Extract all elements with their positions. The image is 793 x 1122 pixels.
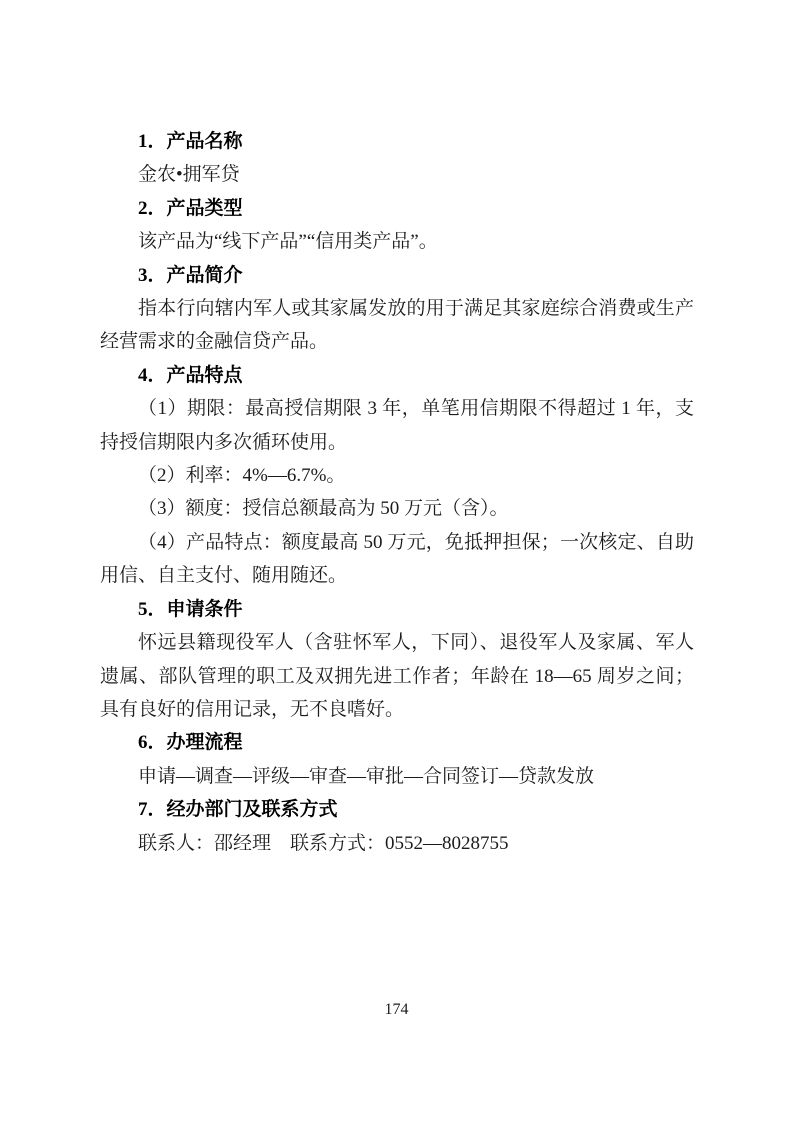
section-heading: 7．经办部门及联系方式 <box>100 793 694 826</box>
section-heading: 6．办理流程 <box>100 726 694 759</box>
section-title: 办理流程 <box>167 732 243 753</box>
document-page: 1．产品名称 金农•拥军贷 2．产品类型 该产品为“线下产品”“信用类产品”。 … <box>0 0 793 1122</box>
paragraph: （2）利率：4%—6.7%。 <box>100 459 694 492</box>
section-number: 3． <box>138 265 167 286</box>
page-number: 174 <box>385 1001 409 1018</box>
page-content: 1．产品名称 金农•拥军贷 2．产品类型 该产品为“线下产品”“信用类产品”。 … <box>100 125 694 860</box>
section-title: 产品简介 <box>167 265 243 286</box>
page-footer: 174 <box>0 999 793 1021</box>
section-title: 产品名称 <box>167 131 243 152</box>
paragraph: 该产品为“线下产品”“信用类产品”。 <box>100 225 694 258</box>
section-process-flow: 6．办理流程 申请—调查—评级—审查—审批—合同签订—贷款发放 <box>100 726 694 793</box>
section-title: 产品特点 <box>167 365 243 386</box>
paragraph: 金农•拥军贷 <box>100 158 694 191</box>
paragraph: 申请—调查—评级—审查—审批—合同签订—贷款发放 <box>100 760 694 793</box>
section-product-name: 1．产品名称 金农•拥军贷 <box>100 125 694 192</box>
section-number: 6． <box>138 732 167 753</box>
paragraph: 指本行向辖内军人或其家属发放的用于满足其家庭综合消费或生产经营需求的金融信贷产品… <box>100 292 694 359</box>
paragraph: （4）产品特点：额度最高 50 万元，免抵押担保；一次核定、自助用信、自主支付、… <box>100 526 694 593</box>
section-heading: 5．申请条件 <box>100 593 694 626</box>
section-title: 产品类型 <box>167 198 243 219</box>
section-number: 2． <box>138 198 167 219</box>
section-heading: 3．产品简介 <box>100 259 694 292</box>
section-title: 经办部门及联系方式 <box>167 799 338 820</box>
section-contact: 7．经办部门及联系方式 联系人：邵经理联系方式：0552—8028755 <box>100 793 694 860</box>
section-number: 5． <box>138 599 167 620</box>
section-application-conditions: 5．申请条件 怀远县籍现役军人（含驻怀军人，下同）、退役军人及家属、军人遗属、部… <box>100 593 694 727</box>
contact-line: 联系人：邵经理联系方式：0552—8028755 <box>100 827 694 860</box>
section-title: 申请条件 <box>167 599 243 620</box>
contact-person: 联系人：邵经理 <box>138 833 271 854</box>
section-product-intro: 3．产品简介 指本行向辖内军人或其家属发放的用于满足其家庭综合消费或生产经营需求… <box>100 259 694 359</box>
paragraph: 怀远县籍现役军人（含驻怀军人，下同）、退役军人及家属、军人遗属、部队管理的职工及… <box>100 626 694 726</box>
section-number: 4． <box>138 365 167 386</box>
paragraph: （1）期限：最高授信期限 3 年，单笔用信期限不得超过 1 年，支持授信期限内多… <box>100 392 694 459</box>
section-product-type: 2．产品类型 该产品为“线下产品”“信用类产品”。 <box>100 192 694 259</box>
section-number: 7． <box>138 799 167 820</box>
section-number: 1． <box>138 131 167 152</box>
section-heading: 2．产品类型 <box>100 192 694 225</box>
section-heading: 4．产品特点 <box>100 359 694 392</box>
section-product-features: 4．产品特点 （1）期限：最高授信期限 3 年，单笔用信期限不得超过 1 年，支… <box>100 359 694 593</box>
paragraph: （3）额度：授信总额最高为 50 万元（含）。 <box>100 492 694 525</box>
contact-method: 联系方式：0552—8028755 <box>290 833 509 854</box>
section-heading: 1．产品名称 <box>100 125 694 158</box>
